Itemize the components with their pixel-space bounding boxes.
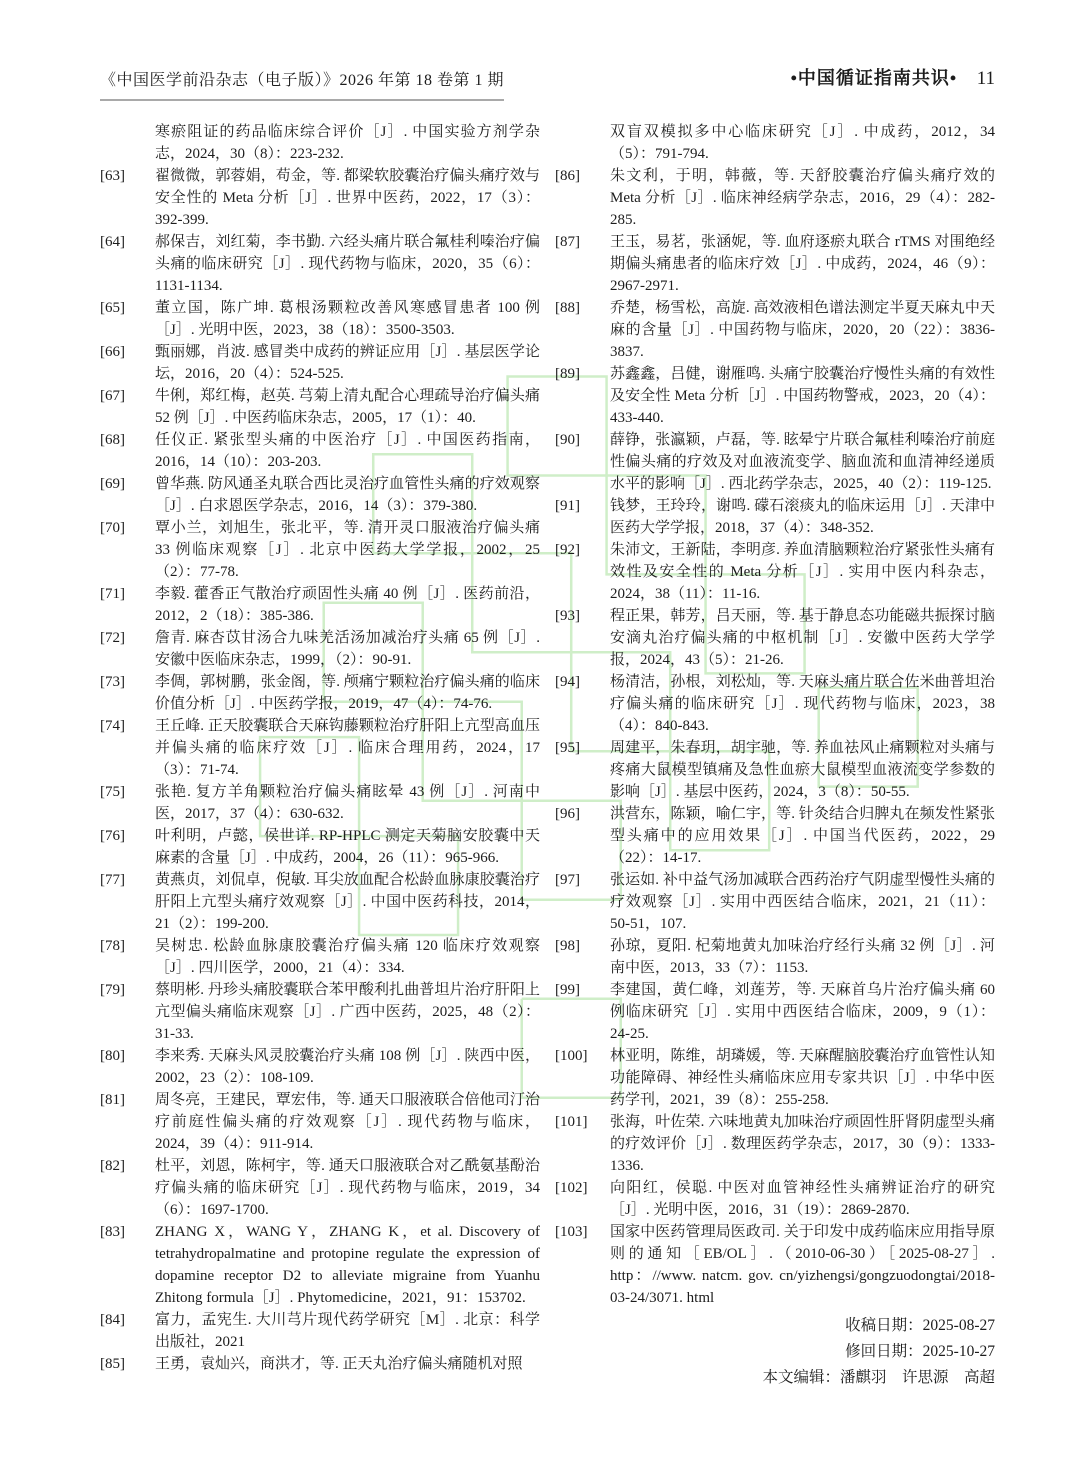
reference-item: [77] 黄燕贞，刘侃卓，倪敏. 耳尖放血配合松龄血脉康胶囊治疗肝阳上亢型头痛疗… (100, 869, 540, 935)
page-number: 11 (977, 68, 995, 89)
reference-item: [81] 周冬亮，王建民，覃宏伟，等. 通天口服液联合倍他司汀治疗前庭性偏头痛的… (100, 1089, 540, 1155)
reference-item: [71] 李毅. 藿香正气散治疗顽固性头痛 40 例［J］. 医药前沿，2012… (100, 583, 540, 627)
reference-text: 周建平，朱春玥，胡宇驰，等. 养血祛风止痛颗粒对头痛与疼痛大鼠模型镇痛及急性血瘀… (610, 737, 995, 803)
reference-number: [93] (555, 605, 610, 671)
reference-number: [71] (100, 583, 155, 627)
reference-item: 双盲双模拟多中心临床研究［J］. 中成药，2012，34（5）：791-794. (555, 121, 995, 165)
reference-item: [96] 洪营东，陈颖，喻仁宇，等. 针灸结合归脾丸在频发性紧张型头痛中的应用效… (555, 803, 995, 869)
reference-text: 郝保吉，刘红菊，李书勤. 六经头痛片联合氟桂利嗪治疗偏头痛的临床研究［J］. 现… (155, 231, 540, 297)
reference-number: [88] (555, 297, 610, 363)
reference-item: [93] 程正果，韩芳，吕天丽，等. 基于静息态功能磁共振探讨脑安滴丸治疗偏头痛… (555, 605, 995, 671)
reference-text: 洪营东，陈颖，喻仁宇，等. 针灸结合归脾丸在频发性紧张型头痛中的应用效果［J］.… (610, 803, 995, 869)
reference-number: [96] (555, 803, 610, 869)
reference-text: ZHANG X，WANG Y，ZHANG K，et al. Discovery … (155, 1221, 540, 1309)
reference-text: 王丘峰. 正天胶囊联合天麻钩藤颗粒治疗肝阳上亢型高血压并偏头痛的临床疗效［J］.… (155, 715, 540, 781)
reference-number: [74] (100, 715, 155, 781)
reference-text: 程正果，韩芳，吕天丽，等. 基于静息态功能磁共振探讨脑安滴丸治疗偏头痛的中枢机制… (610, 605, 995, 671)
reference-text: 向阳红，侯聪. 中医对血管神经性头痛辨证治疗的研究［J］. 光明中医，2016，… (610, 1177, 995, 1221)
reference-item: [75] 张艳. 复方羊角颗粒治疗偏头痛眩晕 43 例［J］. 河南中医，201… (100, 781, 540, 825)
reference-text: 翟微微，郭蓉娟，苟金，等. 都梁软胶囊治疗偏头痛疗效与安全性的 Meta 分析［… (155, 165, 540, 231)
reference-number: [92] (555, 539, 610, 605)
reference-number: [78] (100, 935, 155, 979)
reference-text: 李倜，郭树鹏，张金阁，等. 颅痛宁颗粒治疗偏头痛的临床价值分析［J］. 中医药学… (155, 671, 540, 715)
reference-text: 朱文利，于明，韩薇，等. 天舒胶囊治疗偏头痛疗效的 Meta 分析［J］. 临床… (610, 165, 995, 231)
reference-number: [66] (100, 341, 155, 385)
reference-item: [95] 周建平，朱春玥，胡宇驰，等. 养血祛风止痛颗粒对头痛与疼痛大鼠模型镇痛… (555, 737, 995, 803)
editors-line: 本文编辑：潘麒羽 许思源 高超 (555, 1365, 995, 1391)
reference-item: [82] 杜平，刘恩，陈柯宇，等. 通天口服液联合对乙酰氨基酚治疗偏头痛的临床研… (100, 1155, 540, 1221)
reference-item: [92] 朱沛文，王新陆，李明彦. 养血清脑颗粒治疗紧张性头痛有效性及安全性的 … (555, 539, 995, 605)
reference-item: [72] 詹青. 麻杏苡甘汤合九味羌活汤加减治疗头痛 65 例［J］. 安徽中医… (100, 627, 540, 671)
reference-text: 牛俐，郑红梅，赵英. 芎菊上清丸配合心理疏导治疗偏头痛 52 例［J］. 中医药… (155, 385, 540, 429)
reference-number: [101] (555, 1111, 610, 1177)
reference-text: 詹青. 麻杏苡甘汤合九味羌活汤加减治疗头痛 65 例［J］. 安徽中医临床杂志，… (155, 627, 540, 671)
reference-number: [69] (100, 473, 155, 517)
reference-item: [91] 钱梦，王玲玲，谢鸣. 礞石滚痰丸的临床运用［J］. 天津中医药大学学报… (555, 495, 995, 539)
reference-text: 王勇，袁灿兴，商洪才，等. 正天丸治疗偏头痛随机对照 (155, 1353, 540, 1375)
reference-number: [95] (555, 737, 610, 803)
reference-item: [97] 张运如. 补中益气汤加减联合西药治疗气阴虚型慢性头痛的疗效观察［J］.… (555, 869, 995, 935)
reference-item: [76] 叶利明，卢懿，侯世详. RP-HPLC 测定天菊脑安胶囊中天麻素的含量… (100, 825, 540, 869)
reference-number: [90] (555, 429, 610, 495)
reference-text: 林亚明，陈维，胡璘媛，等. 天麻醒脑胶囊治疗血管性认知功能障碍、神经性头痛临床应… (610, 1045, 995, 1111)
reference-number (100, 121, 155, 165)
reference-number: [86] (555, 165, 610, 231)
reference-number: [67] (100, 385, 155, 429)
reference-item: [66] 甄丽娜，肖波. 感冒类中成药的辨证应用［J］. 基层医学论坛，2016… (100, 341, 540, 385)
revised-date: 修回日期：2025-10-27 (555, 1339, 995, 1365)
reference-item: [63] 翟微微，郭蓉娟，苟金，等. 都梁软胶囊治疗偏头痛疗效与安全性的 Met… (100, 165, 540, 231)
reference-number: [79] (100, 979, 155, 1045)
references-column-right: 双盲双模拟多中心临床研究［J］. 中成药，2012，34（5）：791-794.… (555, 121, 995, 1391)
reference-item: [65] 董立国，陈广坤. 葛根汤颗粒改善风寒感冒患者 100 例［J］. 光明… (100, 297, 540, 341)
reference-item: [69] 曾华燕. 防风通圣丸联合西比灵治疗血管性头痛的疗效观察［J］. 白求恩… (100, 473, 540, 517)
reference-number: [98] (555, 935, 610, 979)
reference-text: 张海，叶佐荣. 六味地黄丸加味治疗顽固性肝肾阴虚型头痛的疗效评价［J］. 数理医… (610, 1111, 995, 1177)
journal-page: 《中国医学前沿杂志（电子版）》2026 年第 18 卷第 1 期 •中国循证指南… (0, 0, 1080, 1466)
reference-number: [77] (100, 869, 155, 935)
reference-item: [101] 张海，叶佐荣. 六味地黄丸加味治疗顽固性肝肾阴虚型头痛的疗效评价［J… (555, 1111, 995, 1177)
reference-item: [83] ZHANG X，WANG Y，ZHANG K，et al. Disco… (100, 1221, 540, 1309)
reference-text: 李来秀. 天麻头风灵胶囊治疗头痛 108 例［J］. 陕西中医，2002，23（… (155, 1045, 540, 1089)
reference-number: [85] (100, 1353, 155, 1375)
reference-number (555, 121, 610, 165)
reference-text: 朱沛文，王新陆，李明彦. 养血清脑颗粒治疗紧张性头痛有效性及安全性的 Meta … (610, 539, 995, 605)
reference-text: 任仪正. 紧张型头痛的中医治疗［J］. 中国医药指南，2016，14（10）：2… (155, 429, 540, 473)
reference-text: 曾华燕. 防风通圣丸联合西比灵治疗血管性头痛的疗效观察［J］. 白求恩医学杂志，… (155, 473, 540, 517)
reference-item: [86] 朱文利，于明，韩薇，等. 天舒胶囊治疗偏头痛疗效的 Meta 分析［J… (555, 165, 995, 231)
reference-number: [76] (100, 825, 155, 869)
reference-item: [79] 蔡明彬. 丹珍头痛胶囊联合苯甲酸利扎曲普坦片治疗肝阳上亢型偏头痛临床观… (100, 979, 540, 1045)
reference-text: 富力，孟宪生. 大川芎片现代药学研究［M］. 北京：科学出版社，2021 (155, 1309, 540, 1353)
journal-info: 《中国医学前沿杂志（电子版）》2026 年第 18 卷第 1 期 (100, 67, 504, 101)
reference-item: [73] 李倜，郭树鹏，张金阁，等. 颅痛宁颗粒治疗偏头痛的临床价值分析［J］.… (100, 671, 540, 715)
reference-text: 双盲双模拟多中心临床研究［J］. 中成药，2012，34（5）：791-794. (610, 121, 995, 165)
reference-text: 叶利明，卢懿，侯世详. RP-HPLC 测定天菊脑安胶囊中天麻素的含量［J］. … (155, 825, 540, 869)
reference-text: 甄丽娜，肖波. 感冒类中成药的辨证应用［J］. 基层医学论坛，2016，20（4… (155, 341, 540, 385)
reference-number: [65] (100, 297, 155, 341)
page-header: 《中国医学前沿杂志（电子版）》2026 年第 18 卷第 1 期 •中国循证指南… (100, 64, 995, 101)
reference-item: [70] 覃小兰，刘旭生，张北平，等. 清开灵口服液治疗偏头痛 33 例临床观察… (100, 517, 540, 583)
reference-text: 孙琼，夏阳. 杞菊地黄丸加味治疗经行头痛 32 例［J］. 河南中医，2013，… (610, 935, 995, 979)
reference-item: [102] 向阳红，侯聪. 中医对血管神经性头痛辨证治疗的研究［J］. 光明中医… (555, 1177, 995, 1221)
reference-number: [72] (100, 627, 155, 671)
section-title: •中国循证指南共识• (791, 68, 958, 88)
reference-item: [80] 李来秀. 天麻头风灵胶囊治疗头痛 108 例［J］. 陕西中医，200… (100, 1045, 540, 1089)
reference-item: [68] 任仪正. 紧张型头痛的中医治疗［J］. 中国医药指南，2016，14（… (100, 429, 540, 473)
reference-text: 周冬亮，王建民，覃宏伟，等. 通天口服液联合倍他司汀治疗前庭性偏头痛的疗效观察［… (155, 1089, 540, 1155)
reference-item: [99] 李建国，黄仁峰，刘莲芳，等. 天麻首乌片治疗偏头痛 60 例临床研究［… (555, 979, 995, 1045)
reference-text: 王玉，易茗，张涵妮，等. 血府逐瘀丸联合 rTMS 对围绝经期偏头痛患者的临床疗… (610, 231, 995, 297)
reference-text: 寒瘀阻证的药品临床综合评价［J］. 中国实验方剂学杂志，2024，30（8）：2… (155, 121, 540, 165)
reference-text: 杨清洁，孙根，刘松灿，等. 天麻头痛片联合佐米曲普坦治疗偏头痛的临床研究［J］.… (610, 671, 995, 737)
references-section: 寒瘀阻证的药品临床综合评价［J］. 中国实验方剂学杂志，2024，30（8）：2… (100, 121, 995, 1391)
reference-text: 张艳. 复方羊角颗粒治疗偏头痛眩晕 43 例［J］. 河南中医，2017，37（… (155, 781, 540, 825)
reference-number: [75] (100, 781, 155, 825)
reference-text: 李毅. 藿香正气散治疗顽固性头痛 40 例［J］. 医药前沿，2012，2（18… (155, 583, 540, 627)
reference-item: [89] 苏鑫鑫，吕健，谢雁鸣. 头痛宁胶囊治疗慢性头痛的有效性及安全性 Met… (555, 363, 995, 429)
reference-item: [84] 富力，孟宪生. 大川芎片现代药学研究［M］. 北京：科学出版社，202… (100, 1309, 540, 1353)
reference-item: [74] 王丘峰. 正天胶囊联合天麻钩藤颗粒治疗肝阳上亢型高血压并偏头痛的临床疗… (100, 715, 540, 781)
reference-number: [103] (555, 1221, 610, 1309)
reference-number: [102] (555, 1177, 610, 1221)
reference-item: [78] 吴树忠. 松龄血脉康胶囊治疗偏头痛 120 临床疗效观察［J］. 四川… (100, 935, 540, 979)
reference-number: [68] (100, 429, 155, 473)
reference-number: [81] (100, 1089, 155, 1155)
section-header: •中国循证指南共识• 11 (791, 64, 995, 101)
reference-number: [82] (100, 1155, 155, 1221)
reference-item: [88] 乔楚，杨雪松，高旋. 高效液相色谱法测定半夏天麻丸中天麻的含量［J］.… (555, 297, 995, 363)
reference-text: 苏鑫鑫，吕健，谢雁鸣. 头痛宁胶囊治疗慢性头痛的有效性及安全性 Meta 分析［… (610, 363, 995, 429)
reference-number: [100] (555, 1045, 610, 1111)
reference-item: [64] 郝保吉，刘红菊，李书勤. 六经头痛片联合氟桂利嗪治疗偏头痛的临床研究［… (100, 231, 540, 297)
reference-item: [103] 国家中医药管理局医政司. 关于印发中成药临床应用指导原则的通知［EB… (555, 1221, 995, 1309)
reference-text: 蔡明彬. 丹珍头痛胶囊联合苯甲酸利扎曲普坦片治疗肝阳上亢型偏头痛临床观察［J］.… (155, 979, 540, 1045)
reference-text: 吴树忠. 松龄血脉康胶囊治疗偏头痛 120 临床疗效观察［J］. 四川医学，20… (155, 935, 540, 979)
reference-number: [80] (100, 1045, 155, 1089)
reference-number: [89] (555, 363, 610, 429)
reference-item: [100] 林亚明，陈维，胡璘媛，等. 天麻醒脑胶囊治疗血管性认知功能障碍、神经… (555, 1045, 995, 1111)
reference-number: [64] (100, 231, 155, 297)
reference-text: 国家中医药管理局医政司. 关于印发中成药临床应用指导原则的通知［EB/OL］.（… (610, 1221, 995, 1309)
received-date: 收稿日期：2025-08-27 (555, 1313, 995, 1339)
reference-text: 钱梦，王玲玲，谢鸣. 礞石滚痰丸的临床运用［J］. 天津中医药大学学报，2018… (610, 495, 995, 539)
reference-number: [97] (555, 869, 610, 935)
reference-number: [73] (100, 671, 155, 715)
reference-text: 杜平，刘恩，陈柯宇，等. 通天口服液联合对乙酰氨基酚治疗偏头痛的临床研究［J］.… (155, 1155, 540, 1221)
reference-item: 寒瘀阻证的药品临床综合评价［J］. 中国实验方剂学杂志，2024，30（8）：2… (100, 121, 540, 165)
reference-number: [84] (100, 1309, 155, 1353)
reference-text: 乔楚，杨雪松，高旋. 高效液相色谱法测定半夏天麻丸中天麻的含量［J］. 中国药物… (610, 297, 995, 363)
reference-text: 李建国，黄仁峰，刘莲芳，等. 天麻首乌片治疗偏头痛 60 例临床研究［J］. 实… (610, 979, 995, 1045)
reference-item: [85] 王勇，袁灿兴，商洪才，等. 正天丸治疗偏头痛随机对照 (100, 1353, 540, 1375)
article-footer: 收稿日期：2025-08-27 修回日期：2025-10-27 本文编辑：潘麒羽… (555, 1313, 995, 1391)
reference-text: 覃小兰，刘旭生，张北平，等. 清开灵口服液治疗偏头痛 33 例临床观察［J］. … (155, 517, 540, 583)
reference-number: [83] (100, 1221, 155, 1309)
reference-number: [87] (555, 231, 610, 297)
reference-item: [98] 孙琼，夏阳. 杞菊地黄丸加味治疗经行头痛 32 例［J］. 河南中医，… (555, 935, 995, 979)
reference-text: 薛铮，张瀛颖，卢磊，等. 眩晕宁片联合氟桂利嗪治疗前庭性偏头痛的疗效及对血液流变… (610, 429, 995, 495)
reference-number: [99] (555, 979, 610, 1045)
reference-text: 黄燕贞，刘侃卓，倪敏. 耳尖放血配合松龄血脉康胶囊治疗肝阳上亢型头痛疗效观察［J… (155, 869, 540, 935)
reference-number: [70] (100, 517, 155, 583)
reference-number: [63] (100, 165, 155, 231)
reference-text: 董立国，陈广坤. 葛根汤颗粒改善风寒感冒患者 100 例［J］. 光明中医，20… (155, 297, 540, 341)
reference-item: [67] 牛俐，郑红梅，赵英. 芎菊上清丸配合心理疏导治疗偏头痛 52 例［J］… (100, 385, 540, 429)
reference-item: [87] 王玉，易茗，张涵妮，等. 血府逐瘀丸联合 rTMS 对围绝经期偏头痛患… (555, 231, 995, 297)
reference-item: [90] 薛铮，张瀛颖，卢磊，等. 眩晕宁片联合氟桂利嗪治疗前庭性偏头痛的疗效及… (555, 429, 995, 495)
reference-text: 张运如. 补中益气汤加减联合西药治疗气阴虚型慢性头痛的疗效观察［J］. 实用中西… (610, 869, 995, 935)
references-column-left: 寒瘀阻证的药品临床综合评价［J］. 中国实验方剂学杂志，2024，30（8）：2… (100, 121, 540, 1391)
reference-number: [91] (555, 495, 610, 539)
reference-item: [94] 杨清洁，孙根，刘松灿，等. 天麻头痛片联合佐米曲普坦治疗偏头痛的临床研… (555, 671, 995, 737)
reference-number: [94] (555, 671, 610, 737)
